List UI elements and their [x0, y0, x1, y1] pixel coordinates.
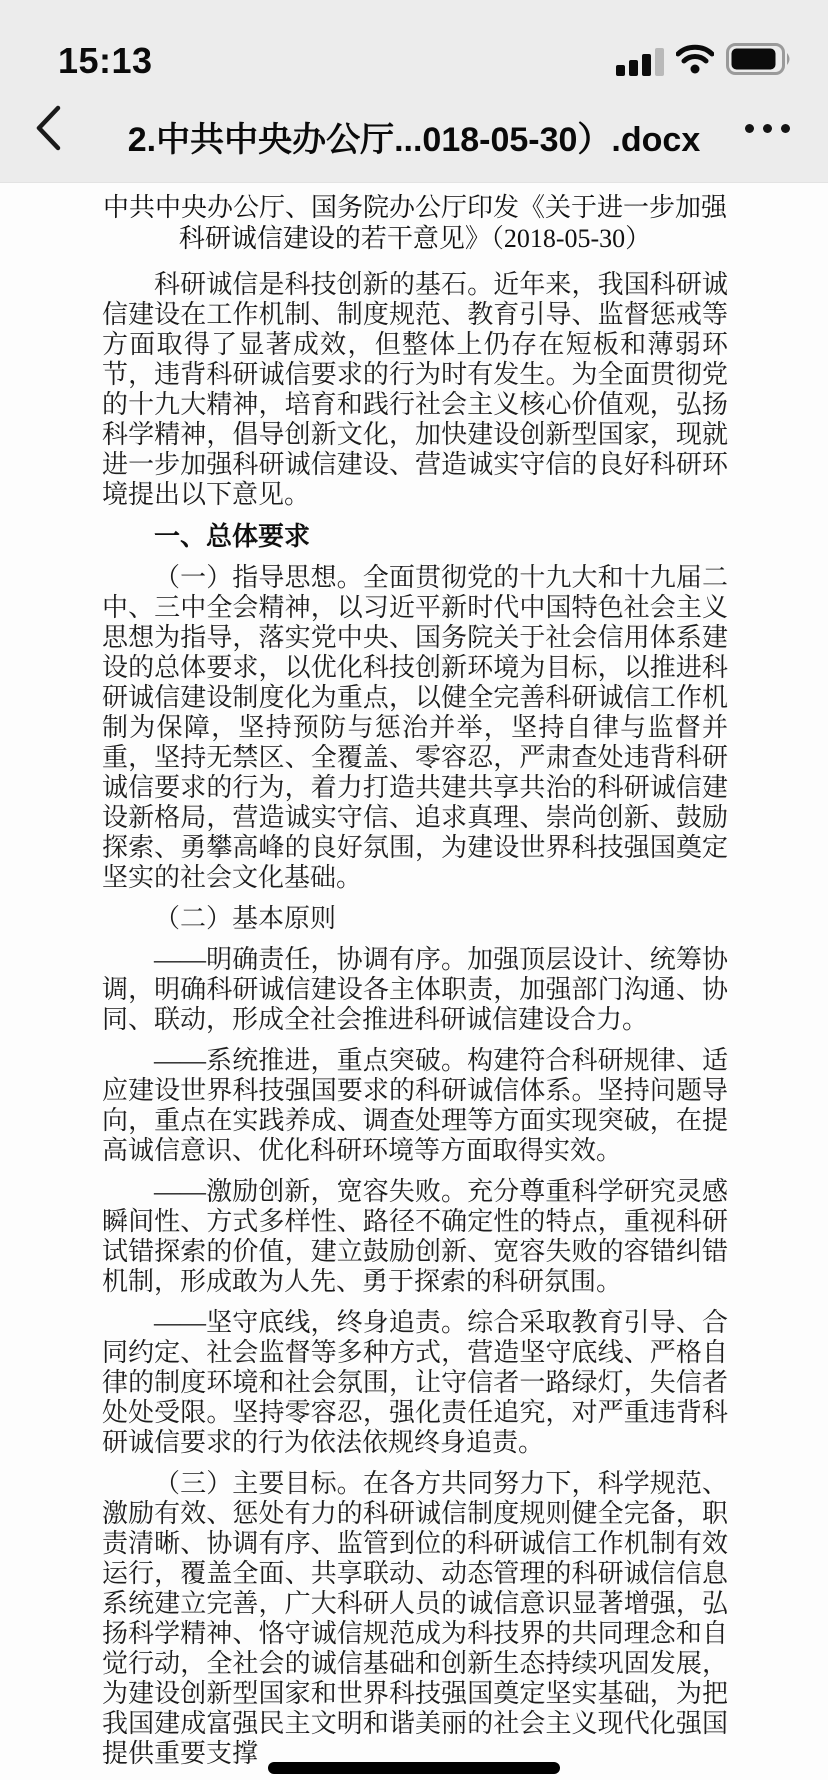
document-paragraph: （二）基本原则: [102, 904, 728, 934]
document-scroll-area[interactable]: 中共中央办公厅、国务院办公厅印发《关于进一步加强科研诚信建设的若干意见》（201…: [0, 182, 828, 1780]
status-time: 15:13: [52, 40, 153, 82]
document-section-heading: 一、总体要求: [102, 521, 728, 551]
more-button[interactable]: [732, 98, 802, 158]
chevron-left-icon: [34, 104, 62, 155]
document-paragraph: 科研诚信是科技创新的基石。近年来，我国科研诚信建设在工作机制、制度规范、教育引导…: [102, 270, 728, 510]
document-paragraph: ——激励创新，宽容失败。充分尊重科学研究灵感瞬间性、方式多样性、路径不确定性的特…: [102, 1177, 728, 1297]
document-paragraph: ——坚守底线，终身追责。综合采取教育引导、合同约定、社会监督等多种方式，营造坚守…: [102, 1308, 728, 1458]
status-bar: 15:13: [0, 0, 828, 90]
nav-bar: 2.中共中央办公厅...018-05-30）.docx: [0, 90, 828, 182]
document-heading: 中共中央办公厅、国务院办公厅印发《关于进一步加强科研诚信建设的若干意见》（201…: [102, 192, 728, 254]
document-paragraph: ——明确责任，协调有序。加强顶层设计、统筹协调，明确科研诚信建设各主体职责，加强…: [102, 945, 728, 1035]
home-indicator[interactable]: [268, 1762, 560, 1774]
status-icons: [616, 43, 792, 82]
ellipsis-icon: [745, 124, 754, 133]
battery-icon: [726, 43, 792, 80]
document-paragraph: （三）主要目标。在各方共同努力下，科学规范、激励有效、惩处有力的科研诚信制度规则…: [102, 1469, 728, 1769]
wifi-icon: [676, 44, 714, 79]
cellular-signal-icon: [616, 48, 664, 76]
document-paragraph: （一）指导思想。全面贯彻党的十九大和十九届二中、三中全会精神，以习近平新时代中国…: [102, 563, 728, 893]
back-button[interactable]: [18, 94, 78, 164]
top-bars: 15:13: [0, 0, 828, 182]
file-title: 2.中共中央办公厅...018-05-30）.docx: [0, 112, 828, 161]
document-paragraph: ——系统推进，重点突破。构建符合科研规律、适应建设世界科技强国要求的科研诚信体系…: [102, 1046, 728, 1166]
